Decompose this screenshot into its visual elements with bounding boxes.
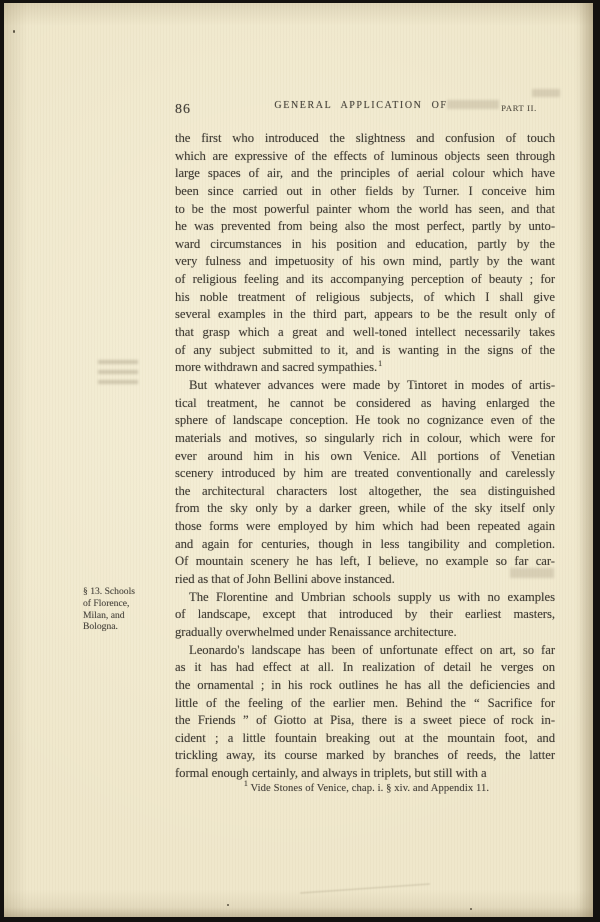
text-line: from the sky only by a darker green, whi… — [175, 500, 555, 518]
text-line: those forms were employed by him which h… — [175, 518, 555, 536]
text-line: to be the most powerful painter whom the… — [175, 201, 555, 219]
text-line: been since carried out in other fields b… — [175, 183, 555, 201]
text-line: scenery introduced by him are treated co… — [175, 465, 555, 483]
text-line: he was prevented from being also the mos… — [175, 218, 555, 236]
text-line: ried as that of John Bellini above insta… — [175, 571, 555, 589]
footnote-text: Vide Stones of Venice, chap. i. § xiv. a… — [251, 783, 490, 794]
footnote-marker: 1 — [244, 779, 248, 788]
text-line: cident ; a little fountain breaking out … — [175, 730, 555, 748]
text-line: of religious feeling and its accompanyin… — [175, 271, 555, 289]
text-line: Leonardo's landscape has been of unfortu… — [175, 642, 555, 660]
text-column: the first who introduced the slightness … — [175, 130, 555, 783]
text-line: of landscape, except that introduced by … — [175, 606, 555, 624]
text-line: sphere of landscape conception. He took … — [175, 412, 555, 430]
text-line: that grasp which a great and well-toned … — [175, 324, 555, 342]
footnote: 1 Vide Stones of Venice, chap. i. § xiv.… — [160, 783, 572, 794]
margin-note-line: Milan, and — [83, 610, 163, 622]
text-line: the architectural characters lost altoge… — [175, 483, 555, 501]
text-line: The Florentine and Umbrian schools suppl… — [175, 589, 555, 607]
text-line: very fulness and impetuosity of his own … — [175, 253, 555, 271]
text-line: which are expressive of the effects of l… — [175, 148, 555, 166]
text-line: the Friends ” of Giotto at Pisa, there i… — [175, 712, 555, 730]
text-line: of any subject submitted to it, and is w… — [175, 342, 555, 360]
text-line: materials and motives, so singularly ric… — [175, 430, 555, 448]
text-line: large spaces of air, and the principles … — [175, 165, 555, 183]
footnote-marker: 1 — [378, 359, 382, 368]
text-line: trickling away, its course marked by bra… — [175, 747, 555, 765]
margin-note-line: § 13. Schools — [83, 586, 163, 598]
paper-speck — [470, 908, 472, 910]
scanned-book-page: 86 GENERAL APPLICATION OF PART II. § 13.… — [0, 0, 600, 922]
margin-note-line: of Florence, — [83, 598, 163, 610]
paper-speck — [13, 30, 15, 33]
text-line: ever around him in his own Venice. All p… — [175, 448, 555, 466]
text-line: tical treatment, he cannot be considered… — [175, 395, 555, 413]
part-label: PART II. — [501, 103, 537, 113]
paper-speck — [227, 904, 229, 906]
text-line: Of mountain scenery he has left, I belie… — [175, 553, 555, 571]
text-line: little of the feeling of the earlier men… — [175, 695, 555, 713]
text-line: gradually overwhelmed under Renaissance … — [175, 624, 555, 642]
page-number: 86 — [175, 102, 191, 118]
margin-note: § 13. Schoolsof Florence,Milan, andBolog… — [83, 586, 163, 633]
text-line: as it has had effect at all. In realizat… — [175, 659, 555, 677]
text-line: and again for centuries, though in less … — [175, 536, 555, 554]
text-line: the first who introduced the slightness … — [175, 130, 555, 148]
text-line: But whatever advances were made by Tinto… — [175, 377, 555, 395]
margin-note-line: Bologna. — [83, 621, 163, 633]
text-line: the ornamental ; in his rock outlines he… — [175, 677, 555, 695]
text-line: several examples in the third part, appe… — [175, 306, 555, 324]
text-line: ward circumstances in his position and e… — [175, 236, 555, 254]
running-head: GENERAL APPLICATION OF — [274, 100, 447, 111]
text-line: his noble treatment of religious subject… — [175, 289, 555, 307]
text-line: formal enough certainly, and always in t… — [175, 765, 555, 783]
text-line: more withdrawn and sacred sympathies.1 — [175, 359, 555, 377]
